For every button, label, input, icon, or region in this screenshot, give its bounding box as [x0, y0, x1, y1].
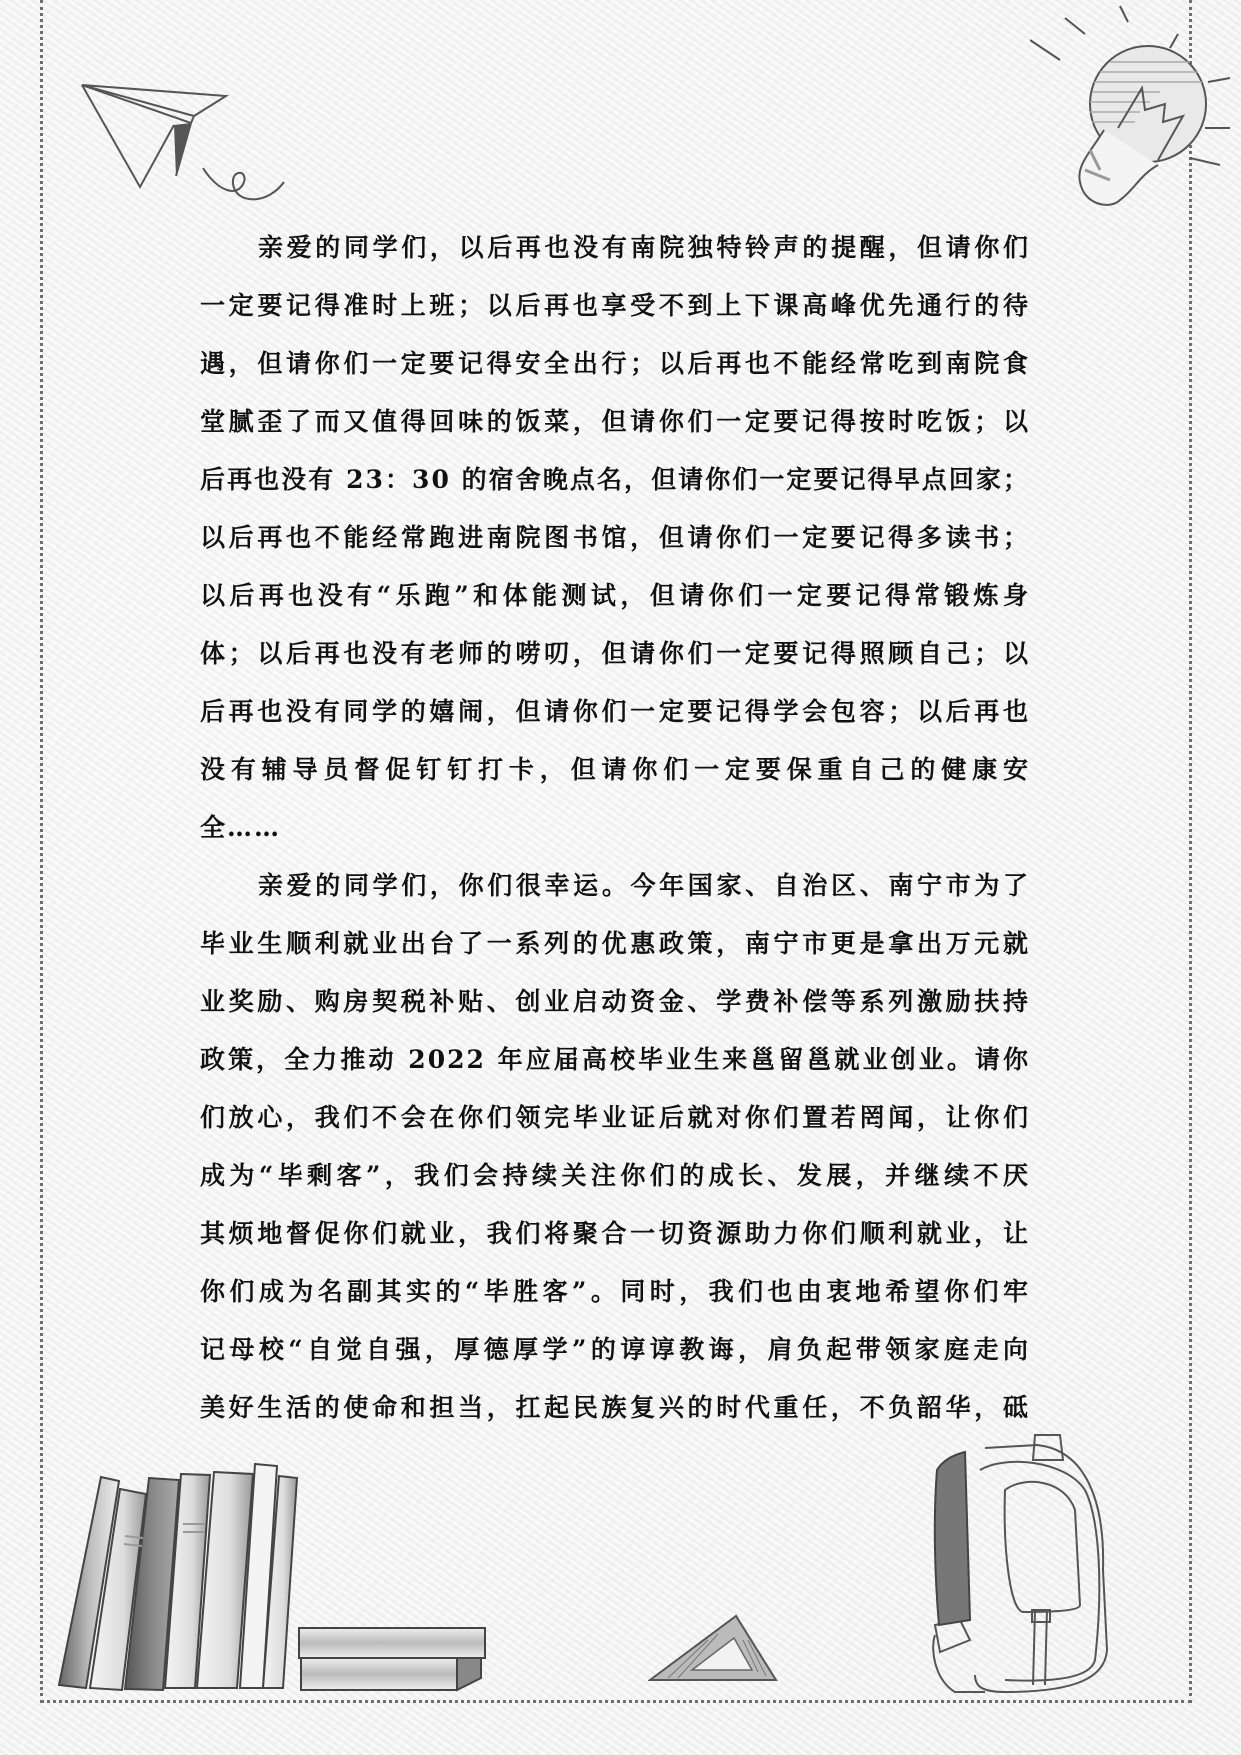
text-line: 遇，但请你们一定要记得安全出行；以后再也不能经常吃到南院食 — [200, 339, 1030, 397]
text-line: 全…… — [200, 803, 1030, 861]
letter-body: 亲爱的同学们，以后再也没有南院独特铃声的提醒，但请你们 一定要记得准时上班；以后… — [200, 223, 1030, 1441]
text-line: 堂腻歪了而又值得回味的饭菜，但请你们一定要记得按时吃饭；以 — [200, 397, 1030, 455]
text-line: 没有辅导员督促钉钉打卡，但请你们一定要保重自己的健康安 — [200, 745, 1030, 803]
text-line: 一定要记得准时上班；以后再也享受不到上下课高峰优先通行的待 — [200, 281, 1030, 339]
text-line: 后再也没有 23：30 的宿舍晚点名，但请你们一定要记得早点回家； — [200, 455, 1030, 513]
light-bulb-icon — [1030, 0, 1241, 220]
dotted-border-left — [40, 0, 43, 1703]
text-line: 美好生活的使命和担当，扛起民族复兴的时代重任，不负韶华，砥 — [200, 1383, 1030, 1441]
text-line: 毕业生顺利就业出台了一系列的优惠政策，南宁市更是拿出万元就 — [200, 919, 1030, 977]
text-line: 以后再也没有“乐跑”和体能测试，但请你们一定要记得常锻炼身 — [200, 571, 1030, 629]
text-line: 后再也没有同学的嬉闹，但请你们一定要记得学会包容；以后再也 — [200, 687, 1030, 745]
text-line: 以后再也不能经常跑进南院图书馆，但请你们一定要记得多读书； — [200, 513, 1030, 571]
backpack-icon — [925, 1430, 1125, 1700]
text-line: 记母校“自觉自强，厚德厚学”的谆谆教诲，肩负起带领家庭走向 — [200, 1325, 1030, 1383]
text-line: 体；以后再也没有老师的唠叨，但请你们一定要记得照顾自己；以 — [200, 629, 1030, 687]
books-icon — [55, 1460, 575, 1700]
paper-plane-icon — [78, 80, 308, 210]
text-line: 政策，全力推动 2022 年应届高校毕业生来邕留邕就业创业。请你 — [200, 1035, 1030, 1093]
text-line: 业奖励、购房契税补贴、创业启动资金、学费补偿等系列激励扶持 — [200, 977, 1030, 1035]
text-line: 其烦地督促你们就业，我们将聚合一切资源助力你们顺利就业，让 — [200, 1209, 1030, 1267]
dotted-border-right — [1189, 0, 1192, 1703]
dotted-border-bottom — [40, 1700, 1192, 1703]
paragraph-2: 亲爱的同学们，你们很幸运。今年国家、自治区、南宁市为了 毕业生顺利就业出台了一系… — [200, 861, 1030, 1441]
text-line: 成为“毕剩客”，我们会持续关注你们的成长、发展，并继续不厌 — [200, 1151, 1030, 1209]
paragraph-1: 亲爱的同学们，以后再也没有南院独特铃声的提醒，但请你们 一定要记得准时上班；以后… — [200, 223, 1030, 861]
text-line: 亲爱的同学们，你们很幸运。今年国家、自治区、南宁市为了 — [200, 861, 1030, 919]
text-line: 你们成为名副其实的“毕胜客”。同时，我们也由衷地希望你们牢 — [200, 1267, 1030, 1325]
text-line: 们放心，我们不会在你们领完毕业证后就对你们置若罔闻，让你们 — [200, 1093, 1030, 1151]
set-square-icon — [648, 1610, 788, 1685]
text-line: 亲爱的同学们，以后再也没有南院独特铃声的提醒，但请你们 — [200, 223, 1030, 281]
